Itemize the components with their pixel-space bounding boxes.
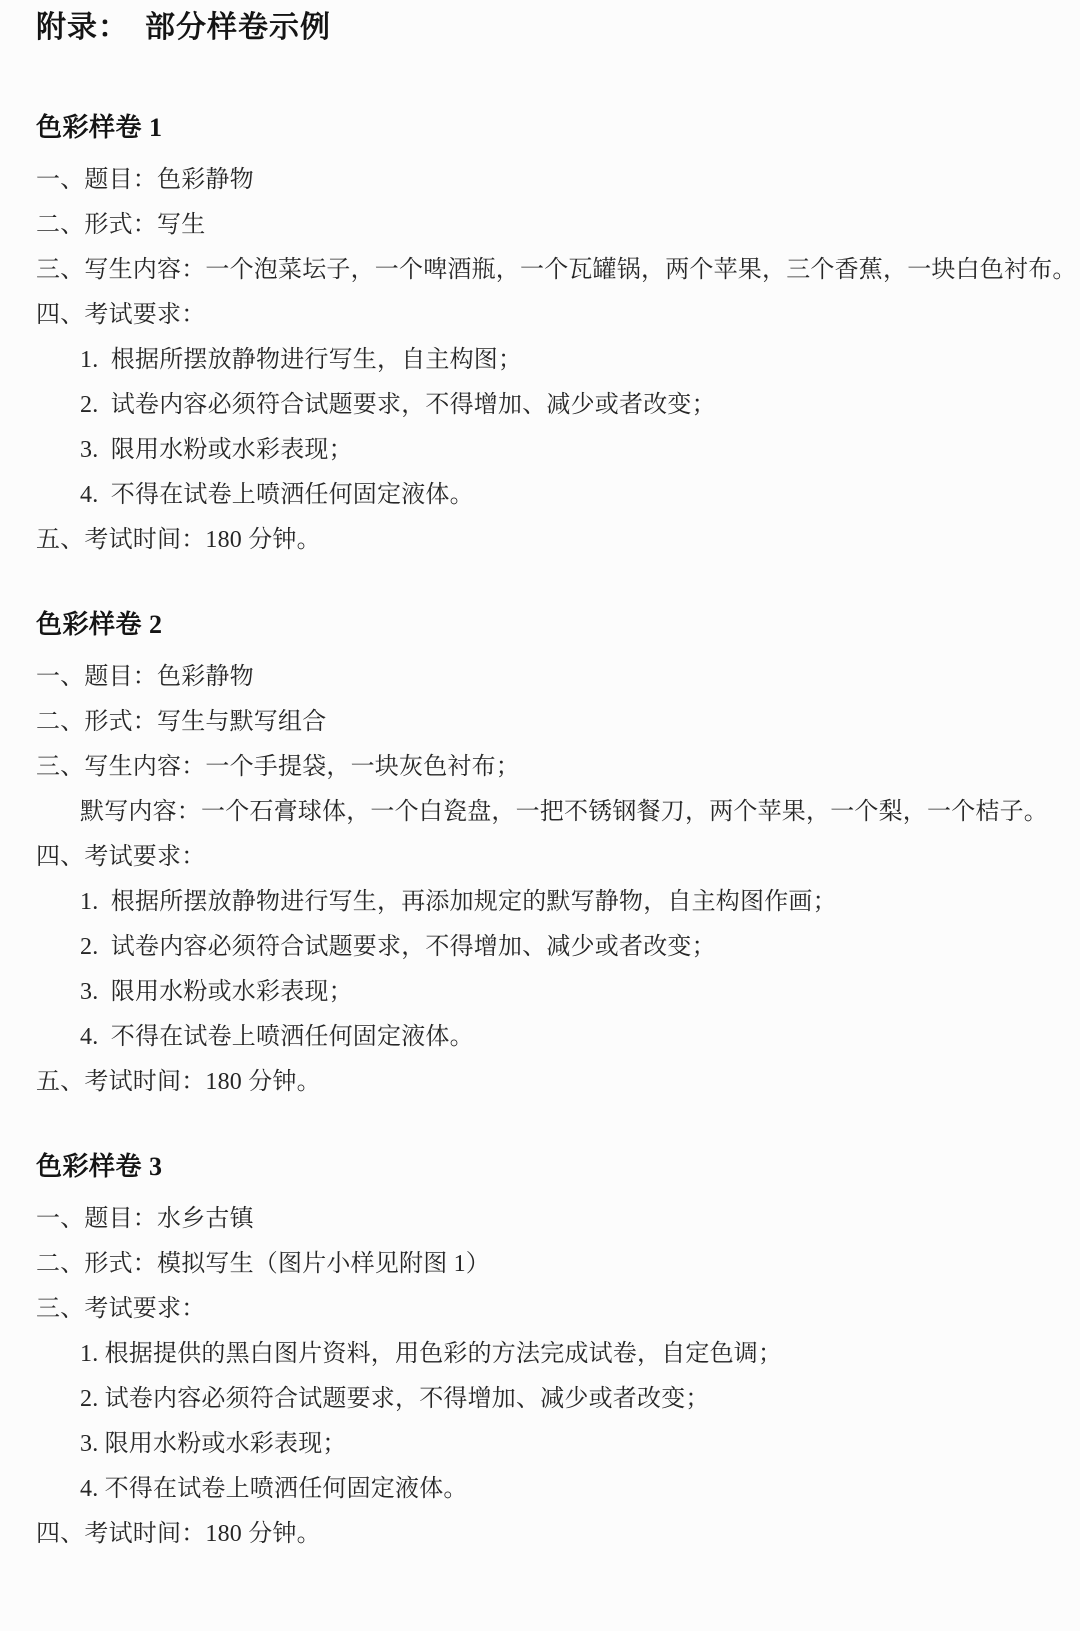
text-line: 三、写生内容：一个手提袋，一块灰色衬布； <box>36 745 1080 790</box>
numbered-item: 1. 根据所摆放静物进行写生，自主构图； <box>36 338 1080 383</box>
document-page: 附录： 部分样卷示例 色彩样卷 1 一、题目：色彩静物 二、形式：写生 三、写生… <box>0 0 1080 1631</box>
numbered-item: 2. 试卷内容必须符合试题要求，不得增加、减少或者改变； <box>36 1377 1080 1422</box>
document-title: 附录： 部分样卷示例 <box>36 8 1080 48</box>
text-line: 五、考试时间：180 分钟。 <box>36 1060 1080 1105</box>
numbered-item: 4. 不得在试卷上喷洒任何固定液体。 <box>36 473 1080 518</box>
section-3-heading: 色彩样卷 3 <box>36 1151 1080 1183</box>
text-line: 五、考试时间：180 分钟。 <box>36 518 1080 563</box>
numbered-item: 2. 试卷内容必须符合试题要求，不得增加、减少或者改变； <box>36 383 1080 428</box>
text-line: 一、题目：色彩静物 <box>36 158 1080 203</box>
text-line: 一、题目：水乡古镇 <box>36 1197 1080 1242</box>
numbered-item: 1. 根据提供的黑白图片资料，用色彩的方法完成试卷，自定色调； <box>36 1332 1080 1377</box>
numbered-item: 4. 不得在试卷上喷洒任何固定液体。 <box>36 1015 1080 1060</box>
section-1-heading: 色彩样卷 1 <box>36 112 1080 144</box>
text-line: 一、题目：色彩静物 <box>36 655 1080 700</box>
text-line: 三、写生内容：一个泡菜坛子，一个啤酒瓶，一个瓦罐锅，两个苹果，三个香蕉，一块白色… <box>36 248 1080 293</box>
numbered-item: 3. 限用水粉或水彩表现； <box>36 1422 1080 1467</box>
text-line: 二、形式：模拟写生（图片小样见附图 1） <box>36 1242 1080 1287</box>
section-2-heading: 色彩样卷 2 <box>36 609 1080 641</box>
section-color-sample-2: 色彩样卷 2 一、题目：色彩静物 二、形式：写生与默写组合 三、写生内容：一个手… <box>36 609 1080 1105</box>
text-line: 四、考试要求： <box>36 835 1080 880</box>
text-line: 四、考试要求： <box>36 293 1080 338</box>
numbered-item: 3. 限用水粉或水彩表现； <box>36 970 1080 1015</box>
text-line: 默写内容：一个石膏球体，一个白瓷盘，一把不锈钢餐刀，两个苹果，一个梨，一个桔子。 <box>36 790 1080 835</box>
numbered-item: 2. 试卷内容必须符合试题要求，不得增加、减少或者改变； <box>36 925 1080 970</box>
numbered-item: 4. 不得在试卷上喷洒任何固定液体。 <box>36 1467 1080 1512</box>
numbered-item: 3. 限用水粉或水彩表现； <box>36 428 1080 473</box>
numbered-item: 1. 根据所摆放静物进行写生，再添加规定的默写静物，自主构图作画； <box>36 880 1080 925</box>
text-line: 四、考试时间：180 分钟。 <box>36 1512 1080 1557</box>
section-color-sample-3: 色彩样卷 3 一、题目：水乡古镇 二、形式：模拟写生（图片小样见附图 1） 三、… <box>36 1151 1080 1557</box>
text-line: 三、考试要求： <box>36 1287 1080 1332</box>
text-line: 二、形式：写生与默写组合 <box>36 700 1080 745</box>
section-color-sample-1: 色彩样卷 1 一、题目：色彩静物 二、形式：写生 三、写生内容：一个泡菜坛子，一… <box>36 112 1080 563</box>
text-line: 二、形式：写生 <box>36 203 1080 248</box>
